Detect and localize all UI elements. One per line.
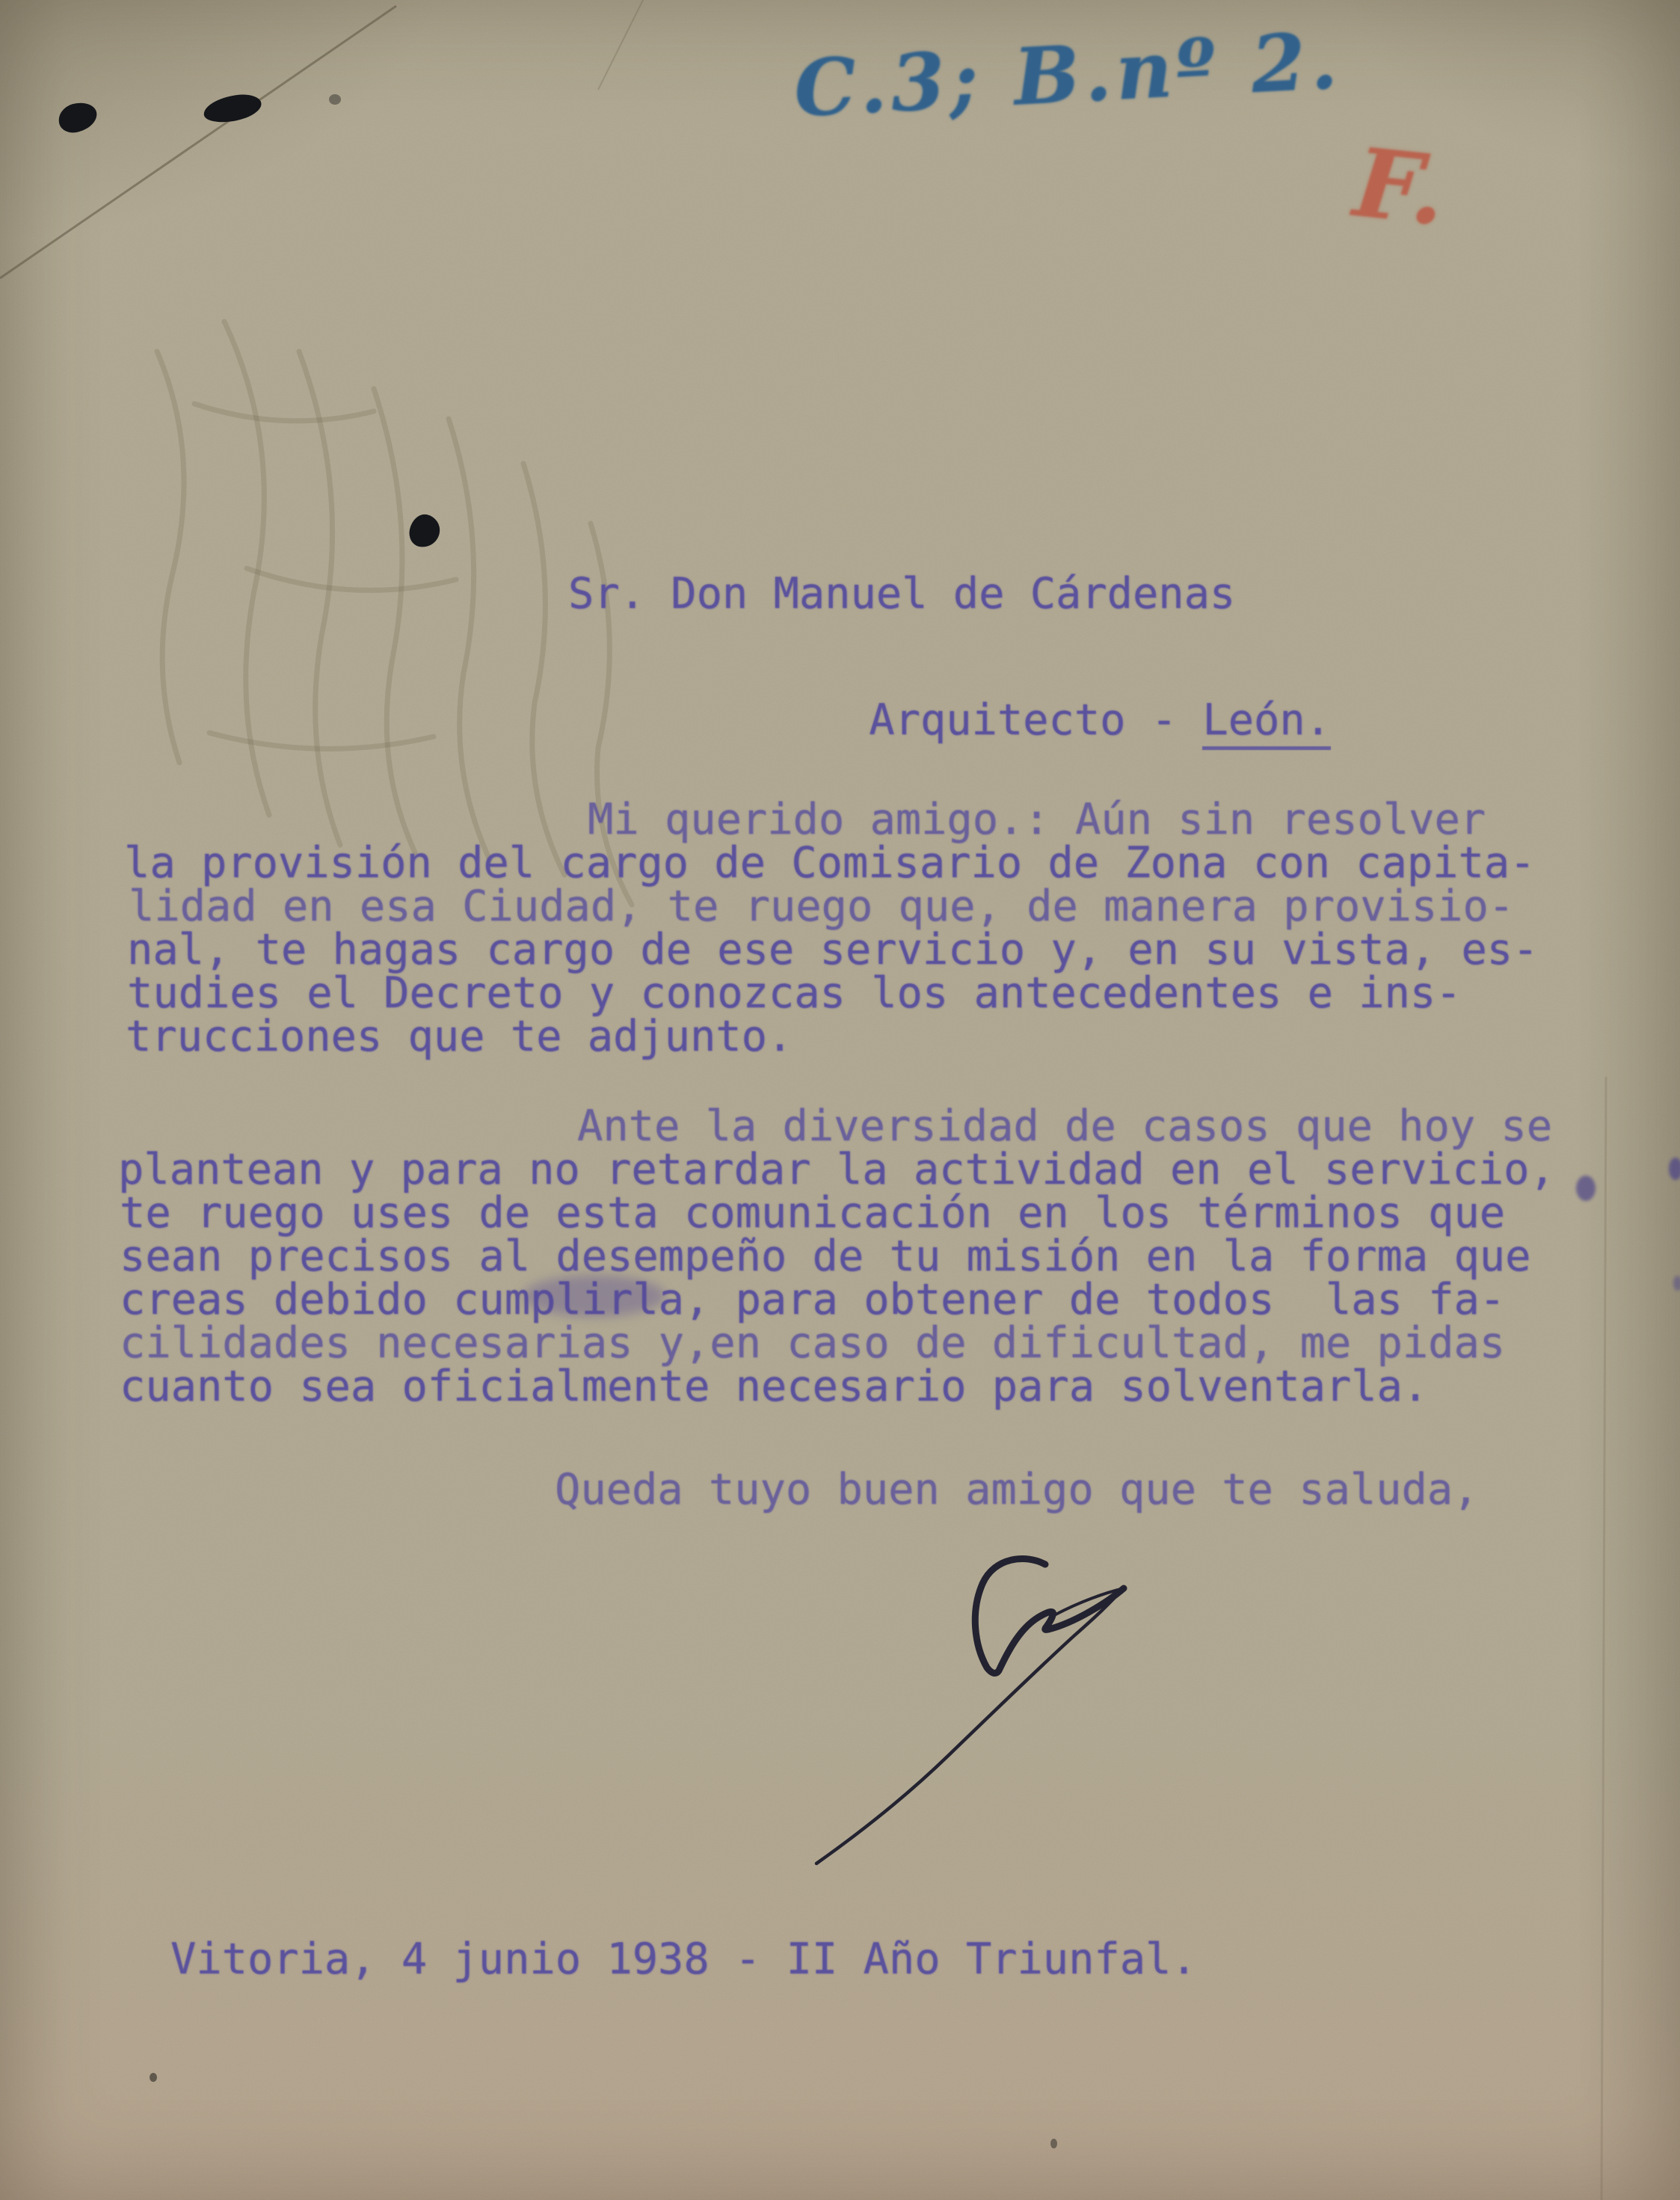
typewritten-line: Ante la diversidad de casos que hoy se [577, 1105, 1552, 1148]
right-edge-ink-mark-3 [1673, 1276, 1680, 1291]
closing-line: Queda tuyo buen amigo que te saluda, [555, 1469, 1478, 1511]
recipient-name-line: Sr. Don Manuel de Cárdenas [568, 573, 1235, 615]
typewritten-line: la provisión del cargo de Comisario de Z… [124, 842, 1535, 885]
typewritten-line: sean precisos al desempeño de tu misión … [120, 1235, 1530, 1278]
recipient-title-line: Arquitecto - León. [766, 657, 1331, 784]
typewritten-line: trucciones que te adjunto. [126, 1015, 793, 1058]
typewritten-line: Mi querido amigo.: Aún sin resolver [588, 799, 1486, 841]
dateline: Vitoria, 4 junio 1938 - II Año Triunfal. [170, 1938, 1197, 1981]
recipient-city-underlined: León. [1202, 695, 1331, 750]
paper-grain-texture [0, 0, 1680, 2200]
speck-bottom-mid [1050, 2139, 1057, 2148]
archival-code-annotation: C.3; B.nº 2. [792, 14, 1344, 135]
typewritten-line: cuanto sea oficialmente necesario para s… [120, 1365, 1428, 1408]
typewritten-line: cilidades necesarias y,en caso de dificu… [120, 1322, 1505, 1365]
ghost-impressions [157, 322, 632, 905]
typewritten-line: te ruego uses de esta comunicación en lo… [120, 1192, 1505, 1235]
ink-blot-center [407, 511, 443, 550]
signature-rubric [816, 1559, 1124, 1863]
right-edge-ink-mark-1 [1576, 1176, 1596, 1201]
typewritten-line: plantean y para no retardar la actividad… [118, 1149, 1555, 1191]
speck-bottom-left [150, 2073, 157, 2082]
typewritten-line: creas debido cumplirla, para obtener de … [120, 1279, 1505, 1321]
ink-blot-top-left-2 [202, 92, 263, 126]
paper-artifacts-layer [0, 0, 1680, 2200]
ink-blot-top-left-1 [55, 99, 100, 136]
red-initial-annotation: F. [1350, 127, 1450, 247]
typewritten-line: lidad en esa Ciudad, te ruego que, de ma… [129, 885, 1514, 928]
typewritten-line: tudies el Decreto y conozcas los anteced… [127, 972, 1461, 1015]
recipient-title-text: Arquitecto - [869, 695, 1202, 745]
overtype-smudge [523, 1275, 665, 1317]
corner-crease-line [0, 6, 396, 278]
right-crease-line [1601, 1077, 1606, 2200]
typewritten-line: nal, te hagas cargo de ese servicio y, e… [127, 929, 1538, 971]
scanned-letter-page: C.3; B.nº 2. F. Sr. Don Manuel de Cárden… [0, 0, 1680, 2200]
speck-top [329, 94, 341, 105]
right-edge-ink-mark-2 [1669, 1158, 1680, 1180]
